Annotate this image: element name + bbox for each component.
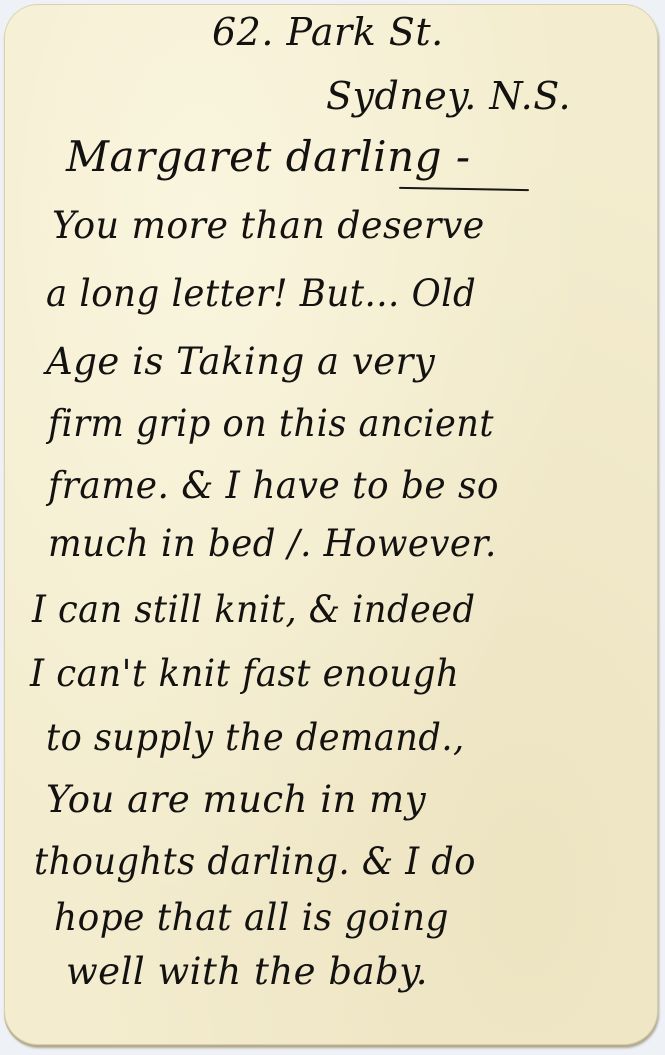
letter-card: 62. Park St. Sydney. N.S. Margaret darli… [4,4,658,1045]
body-line: firm grip on this ancient [48,402,494,445]
body-line: I can still knit, & indeed [32,588,476,631]
body-line: well with the baby. [66,950,428,993]
body-line: You more than deserve [52,204,485,247]
body-line: thoughts darling. & I do [34,840,476,883]
body-line: You are much in my [46,778,426,821]
salutation-underline [399,187,529,191]
address-line-1: 62. Park St. [212,10,444,54]
body-line: frame. & I have to be so [48,464,499,507]
body-line: hope that all is going [54,896,449,939]
salutation: Margaret darling - [66,132,471,181]
address-line-2: Sydney. N.S. [326,74,571,118]
body-line: much in bed /. However. [48,522,497,565]
body-line: I can't knit fast enough [30,652,459,695]
body-line: to supply the demand., [46,716,465,759]
body-line: Age is Taking a very [46,340,435,383]
scanned-card-image: 62. Park St. Sydney. N.S. Margaret darli… [0,0,665,1055]
body-line: a long letter! But... Old [46,272,476,315]
